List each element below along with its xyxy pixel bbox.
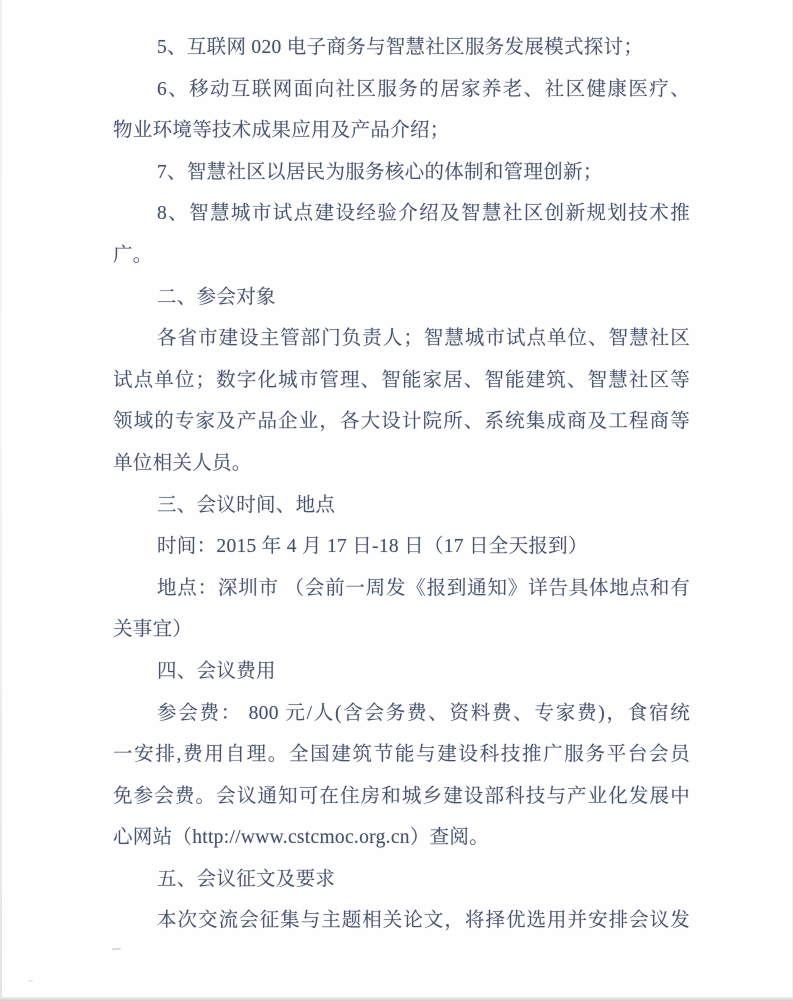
scan-speck [28, 980, 33, 982]
participants-line-1: 各省市建设主管部门负责人；智慧城市试点单位、智慧社区 [113, 318, 690, 360]
topic-item-6-line-2: 物业环境等技术成果应用及产品介绍； [113, 110, 690, 152]
scan-edge-left [0, 0, 2, 1001]
fee-line-4-website-url: 心网站（http://www.cstcmoc.org.cn）查阅。 [113, 817, 690, 859]
section-4-heading: 四、会议费用 [113, 651, 690, 693]
scanned-document-page: 5、互联网 020 电子商务与智慧社区服务发展模式探讨； 6、移动互联网面向社区… [0, 0, 793, 1001]
meeting-place-line-1: 地点：深圳市 （会前一周发《报到通知》详告具体地点和有 [113, 568, 690, 610]
fee-line-1: 参会费： 800 元/人(含会务费、资料费、专家费)，食宿统 [113, 693, 690, 735]
section-2-heading: 二、参会对象 [113, 277, 690, 319]
meeting-place-line-2: 关事宜） [113, 609, 690, 651]
participants-line-3: 领域的专家及产品企业，各大设计院所、系统集成商及工程商等 [113, 401, 690, 443]
document-content: 5、互联网 020 电子商务与智慧社区服务发展模式探讨； 6、移动互联网面向社区… [113, 27, 690, 942]
topic-item-8-line-2: 广。 [113, 235, 690, 277]
fee-line-3: 免参会费。会议通知可在住房和城乡建设部科技与产业化发展中 [113, 776, 690, 818]
participants-line-2: 试点单位；数字化城市管理、智能家居、智能建筑、智慧社区等 [113, 360, 690, 402]
fee-line-2: 一安排,费用自理。全国建筑节能与建设科技推广服务平台会员 [113, 734, 690, 776]
participants-line-4: 单位相关人员。 [113, 443, 690, 485]
topic-item-7: 7、智慧社区以居民为服务核心的体制和管理创新； [113, 152, 690, 194]
meeting-time-line: 时间：2015 年 4 月 17 日-18 日（17 日全天报到） [113, 526, 690, 568]
topic-item-8-line-1: 8、智慧城市试点建设经验介绍及智慧社区创新规划技术推 [113, 193, 690, 235]
section-5-heading: 五、会议征文及要求 [113, 859, 690, 901]
call-for-papers-line: 本次交流会征集与主题相关论文，将择优选用并安排会议发 [113, 900, 690, 942]
topic-item-6-line-1: 6、移动互联网面向社区服务的居家养老、社区健康医疗、 [113, 69, 690, 111]
topic-item-5: 5、互联网 020 电子商务与智慧社区服务发展模式探讨； [113, 27, 690, 69]
scan-speck [112, 948, 121, 951]
scan-edge-bottom [0, 997, 793, 1001]
section-3-heading: 三、会议时间、地点 [113, 485, 690, 527]
